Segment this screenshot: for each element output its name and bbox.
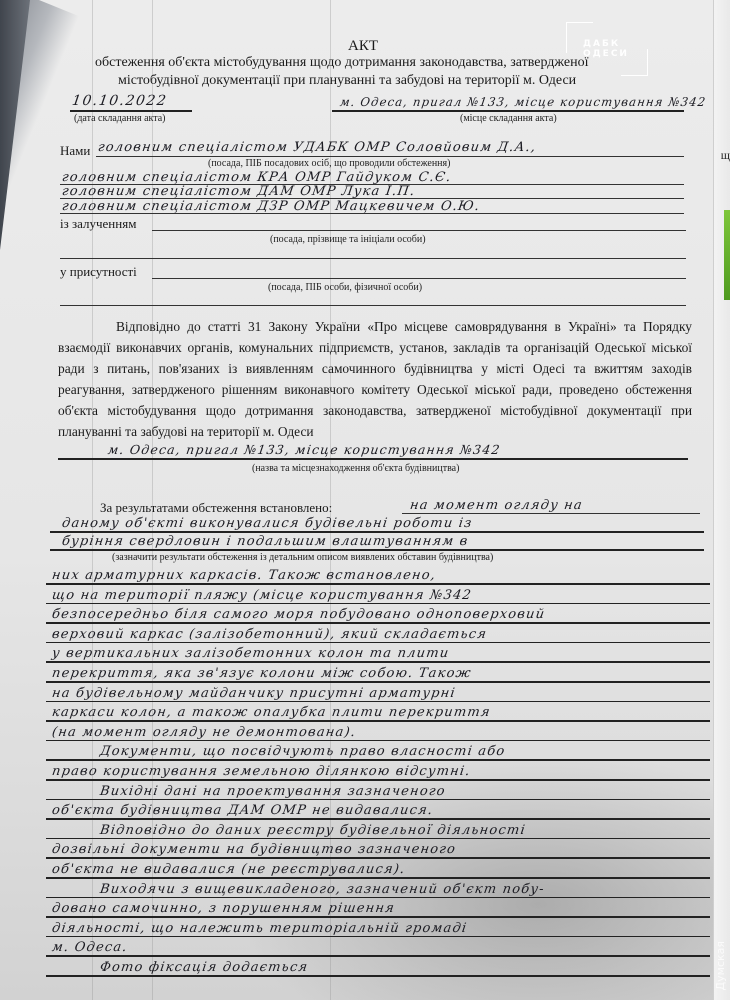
date-caption: (дата складання акта) [74, 113, 166, 124]
results-line: них арматурних каркасів. Також встановле… [51, 568, 437, 583]
place-value: м. Одеса, пригал №133, місце користуванн… [339, 95, 707, 109]
results-line: (на момент огляду не демонтована). [51, 725, 357, 740]
results-line: діяльності, що належить територіальній г… [51, 921, 468, 936]
object-caption: (назва та місцезнаходження об'єкта будів… [252, 463, 459, 474]
results-underline [46, 583, 710, 585]
results-line: на момент огляду на [409, 498, 584, 513]
presence-underline [152, 278, 686, 279]
results-underline [46, 877, 710, 879]
results-label: За результатами обстеження встановлено: [100, 500, 332, 516]
results-underline [46, 857, 710, 859]
results-underline [46, 975, 710, 977]
results-underline [46, 759, 710, 761]
results-underline [46, 740, 710, 742]
results-line: Фото фіксація додається [99, 960, 309, 975]
results-line: Виходячи з вищевикладеного, зазначений о… [99, 882, 546, 897]
date-underline [70, 110, 192, 112]
results-line: Вихідні дані на проектування зазначеного [99, 784, 447, 799]
results-line: каркаси колон, а також опалубка плити пе… [51, 705, 492, 720]
adjacent-page-green-mark [724, 210, 730, 300]
results-line: у вертикальних залізобетонних колон та п… [51, 646, 450, 661]
involvement-underline [152, 230, 686, 231]
presence-caption: (посада, ПІБ особи, фізичної особи) [268, 282, 422, 293]
results-line: довано самочинно, з порушенням рішення [51, 901, 396, 916]
results-line: об'єкта будівництва ДАМ ОМР не видавалис… [51, 803, 434, 818]
results-underline [46, 603, 710, 605]
presence-label: у присутності [60, 264, 137, 280]
results-underline [46, 838, 710, 840]
results-underline [46, 642, 710, 644]
inspectors-caption: (посада, ПІБ посадових осіб, що проводил… [208, 158, 450, 169]
results-caption: (зазначити результати обстеження із дета… [112, 552, 493, 563]
results-underline [46, 720, 710, 722]
results-line: об'єкта не видавалися (не реєструвалися)… [51, 862, 406, 877]
document-photo: щ ДАБК ОДЕСИ АКТ обстеження об'єкта міст… [0, 0, 730, 1000]
involvement-extra-line [60, 258, 686, 259]
results-underline [46, 955, 710, 957]
results-underline [46, 799, 710, 801]
adjacent-page-text: щ [721, 148, 730, 163]
involvement-label: із залученням [60, 216, 136, 232]
watermark-side-text: Думская [714, 941, 727, 990]
preamble-paragraph: Відповідно до статті 31 Закону України «… [58, 316, 692, 442]
results-underline [46, 701, 710, 703]
results-underline [46, 681, 710, 683]
results-line: даному об'єкті виконувалися будівельні р… [61, 516, 473, 531]
object-underline [58, 458, 688, 460]
results-line: перекриття, яка зв'язує колони між собою… [51, 666, 473, 681]
results-line: верховий каркас (залізобетонний), який с… [51, 627, 488, 642]
place-caption: (місце складання акта) [460, 113, 557, 124]
results-underline [50, 531, 704, 533]
logo-bracket-icon [621, 49, 648, 76]
results-underline [46, 818, 710, 820]
inspector-line: головним спеціалістом ДАМ ОМР Лука І.П. [61, 184, 416, 199]
results-line: що на території пляжу (місце користуванн… [51, 588, 473, 603]
results-underline [402, 513, 700, 514]
results-underline [46, 936, 710, 938]
results-underline [46, 661, 710, 663]
results-line: м. Одеса. [51, 940, 129, 955]
results-underline [46, 897, 710, 899]
results-line: безпосередньо біля самого моря побудован… [51, 607, 546, 622]
inspector-line: головним спеціалістом КРА ОМР Гайдуком С… [61, 170, 453, 185]
involvement-caption: (посада, прізвище та ініціали особи) [270, 234, 426, 245]
date-value: 10.10.2022 [71, 93, 168, 109]
inspector-underline [96, 156, 684, 157]
document-subtitle-line2: містобудівної документації при плануванн… [118, 73, 576, 89]
results-line: дозвільні документи на будівництво зазна… [51, 842, 457, 857]
document-subtitle-line1: обстеження об'єкта містобудування щодо д… [95, 55, 589, 71]
inspector-line: головним спеціалістом УДАБК ОМР Соловйов… [97, 140, 537, 155]
results-underline [46, 779, 710, 781]
object-value: м. Одеса, пригал №133, місце користуванн… [107, 442, 502, 457]
results-line: право користування земельною ділянкою ві… [51, 764, 472, 779]
place-underline [332, 110, 684, 112]
results-line: Документи, що посвідчують право власност… [99, 744, 506, 759]
results-line: буріння свердловин і подальшим влаштуван… [61, 534, 470, 549]
inspector-line: головним спеціалістом ДЗР ОМР Мацкевичем… [61, 199, 481, 214]
document-title: АКТ [348, 38, 378, 55]
presence-extra-line [60, 305, 686, 306]
inspectors-label: Нами [60, 143, 90, 159]
results-line: на будівельному майданчику присутні арма… [51, 686, 457, 701]
results-underline [46, 622, 710, 624]
results-underline [46, 916, 710, 918]
results-line: Відповідно до даних реєстру будівельної … [99, 823, 527, 838]
results-underline [50, 549, 704, 551]
inspector-underline [60, 213, 684, 214]
